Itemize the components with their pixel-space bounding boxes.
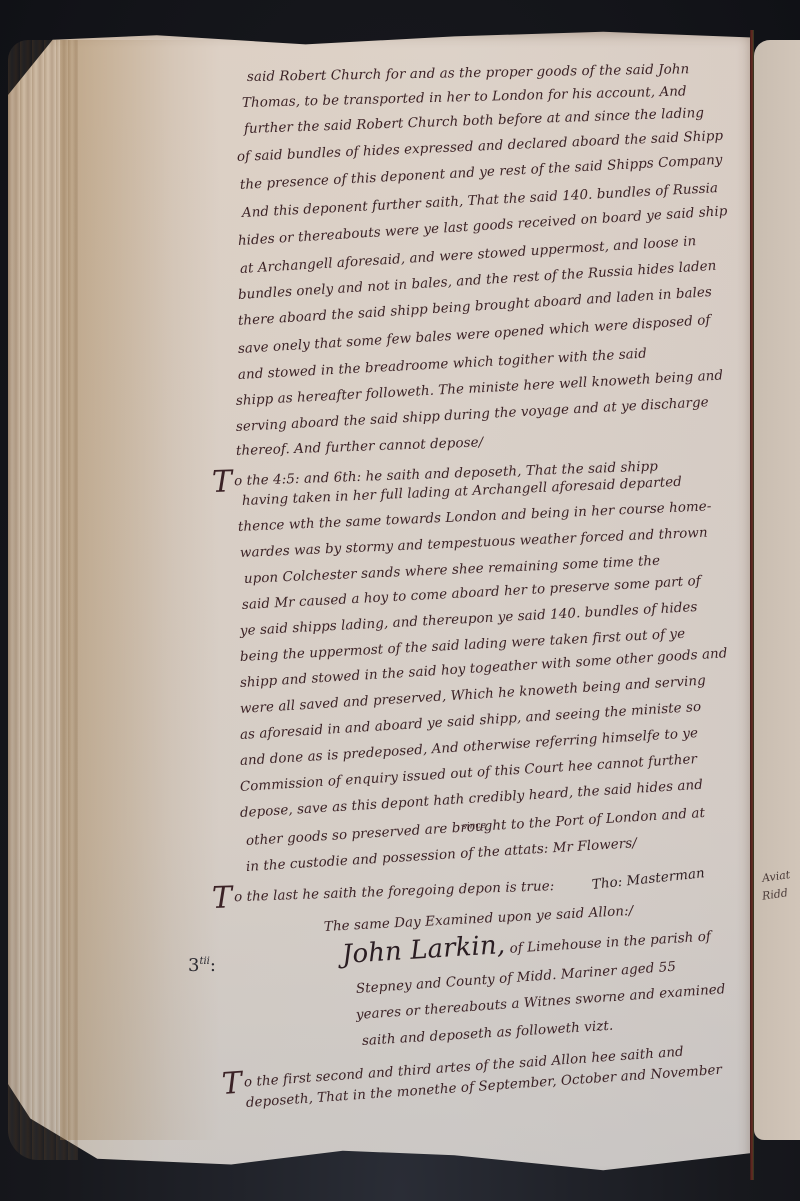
facing-page: Aviat Ridd	[754, 40, 800, 1140]
facing-marginalia: Ridd	[761, 886, 788, 902]
drop-cap: T	[211, 464, 232, 500]
drop-cap: T	[211, 880, 232, 916]
witness-number: 3tii:	[188, 955, 216, 976]
facing-marginalia: Aviat	[761, 868, 791, 885]
drop-cap: T	[221, 1066, 244, 1102]
